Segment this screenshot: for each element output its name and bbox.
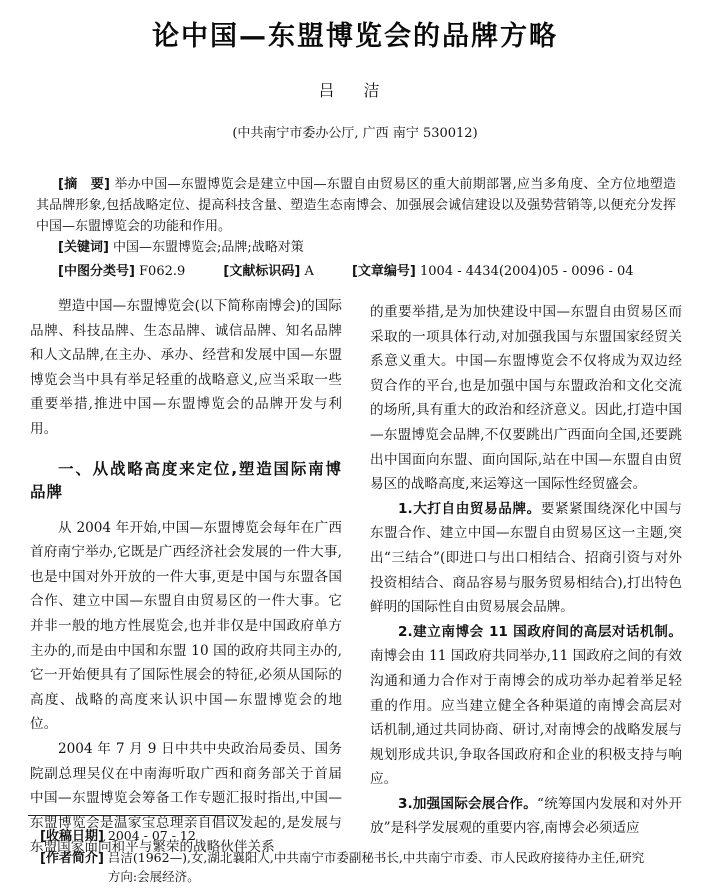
author-bio: [作者简介] 吕洁(1962—),女,湖北襄阳人,中共南宁市委副秘书长,中共南宁… bbox=[40, 848, 680, 886]
article-no-label: [文章编号] bbox=[352, 264, 416, 279]
list-item-2-title: 2.建立南博会 11 国政府间的高层对话机制。 bbox=[398, 624, 682, 640]
footnote-divider bbox=[28, 815, 243, 816]
received-label: [收稿日期] bbox=[40, 829, 104, 844]
classification-line: [中图分类号] F062.9 [文献标识码] A [文章编号] 1004 - 4… bbox=[58, 260, 668, 279]
article-no-value: 1004 - 4434(2004)05 - 0096 - 04 bbox=[420, 264, 634, 279]
author-affiliation: (中共南宁市委办公厅, 广西 南宁 530012) bbox=[0, 122, 710, 141]
author-name: 吕 洁 bbox=[0, 78, 710, 101]
bio-value: 吕洁(1962—),女,湖北襄阳人,中共南宁市委副秘书长,中共南宁市委、市人民政… bbox=[108, 848, 648, 886]
intro-paragraph: 塑造中国—东盟博览会(以下简称南博会)的国际品牌、科技品牌、生态品牌、诚信品牌、… bbox=[30, 294, 342, 442]
list-item-3-title: 3.加强国际会展合作。 bbox=[398, 796, 537, 812]
abstract-text: 举办中国—东盟博览会是建立中国—东盟自由贸易区的重大前期部署,应当多角度、全方位… bbox=[36, 177, 676, 234]
body-paragraph: 从 2004 年开始,中国—东盟博览会每年在广西首府南宁举办,它既是广西经济社会… bbox=[30, 516, 342, 737]
list-item-1-title: 1.大打自由贸易品牌。 bbox=[398, 501, 541, 517]
received-value: 2004 - 07 - 12 bbox=[108, 828, 196, 843]
received-date: [收稿日期] 2004 - 07 - 12 bbox=[40, 826, 196, 846]
bio-label: [作者简介] bbox=[40, 851, 104, 866]
list-item-2-text: 南博会由 11 国政府共同举办,11 国政府之间的有效沟通和通力合作对于南博会的… bbox=[370, 648, 682, 787]
clc-label: [中图分类号] bbox=[58, 264, 135, 279]
list-item-1: 1.大打自由贸易品牌。要紧紧围绕深化中国与东盟合作、建立中国—东盟自由贸易区这一… bbox=[370, 497, 682, 620]
abstract-label: [摘 要] bbox=[58, 177, 110, 192]
body-column-left: 塑造中国—东盟博览会(以下简称南博会)的国际品牌、科技品牌、生态品牌、诚信品牌、… bbox=[30, 294, 342, 860]
list-item-3: 3.加强国际会展合作。“统筹国内发展和对外开放”是科学发展观的重要内容,南博会必… bbox=[370, 792, 682, 841]
doc-code-label: [文献标识码] bbox=[223, 264, 300, 279]
body-column-right: 的重要举措,是为加快建设中国—东盟自由贸易区而采取的一项具体行动,对加强我国与东… bbox=[370, 300, 682, 841]
keywords-text: 中国—东盟博览会;品牌;战略对策 bbox=[113, 240, 304, 255]
abstract: [摘 要] 举办中国—东盟博览会是建立中国—东盟自由贸易区的重大前期部署,应当多… bbox=[36, 174, 676, 237]
list-item-1-text: 要紧紧围绕深化中国与东盟合作、建立中国—东盟自由贸易区这一主题,突出“三结合”(… bbox=[370, 501, 682, 615]
keywords: [关键词] 中国—东盟博览会;品牌;战略对策 bbox=[58, 236, 304, 255]
doc-code-value: A bbox=[304, 264, 313, 279]
section-heading-1: 一、从战略高度来定位,塑造国际南博品牌 bbox=[30, 458, 342, 504]
body-paragraph: 的重要举措,是为加快建设中国—东盟自由贸易区而采取的一项具体行动,对加强我国与东… bbox=[370, 300, 682, 497]
article-title: 论中国—东盟博览会的品牌方略 bbox=[0, 14, 710, 53]
keywords-label: [关键词] bbox=[58, 240, 109, 255]
list-item-2: 2.建立南博会 11 国政府间的高层对话机制。南博会由 11 国政府共同举办,1… bbox=[370, 620, 682, 792]
clc-value: F062.9 bbox=[139, 264, 185, 279]
